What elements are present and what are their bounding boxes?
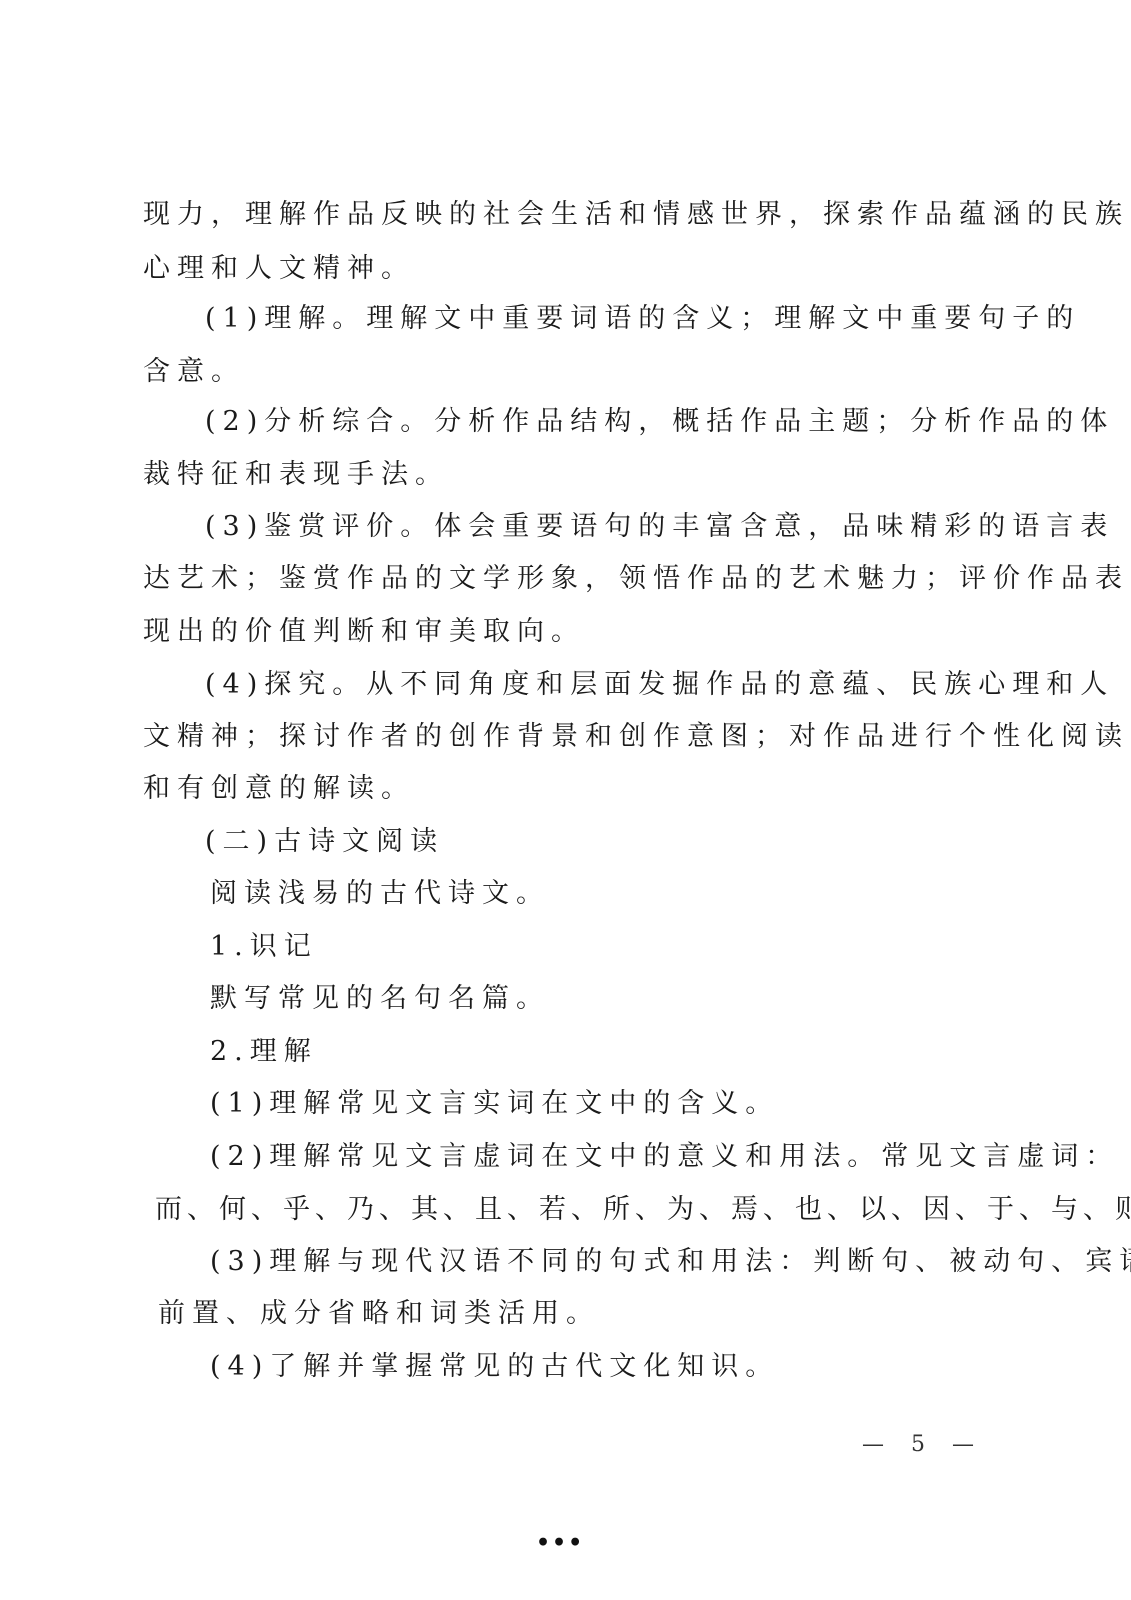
body-text-line: 现力，理解作品反映的社会生活和情感世界，探索作品蕴涵的民族 bbox=[143, 198, 1129, 232]
list-item-analysis: (2)分析综合。分析作品结构，概括作品主题；分析作品的体 bbox=[205, 405, 1114, 439]
list-item-function-words: (2)理解常见文言虚词在文中的意义和用法。常见文言虚词： bbox=[210, 1140, 1119, 1174]
body-text-line: 含意。 bbox=[143, 355, 245, 389]
body-text-line: 达艺术；鉴赏作品的文学形象，领悟作品的艺术魅力；评价作品表 bbox=[143, 562, 1129, 596]
list-item-cultural-knowledge: (4)了解并掌握常见的古代文化知识。 bbox=[210, 1350, 779, 1384]
subheading-understanding: 2.理解 bbox=[210, 1035, 318, 1069]
document-page: 现力，理解作品反映的社会生活和情感世界，探索作品蕴涵的民族 心理和人文精神。 (… bbox=[0, 0, 1131, 1600]
list-item-understanding: (1)理解。理解文中重要词语的含义；理解文中重要句子的 bbox=[205, 302, 1080, 336]
list-item-appreciation: (3)鉴赏评价。体会重要语句的丰富含意，品味精彩的语言表 bbox=[205, 510, 1114, 544]
more-icon[interactable]: ••• bbox=[536, 1530, 584, 1556]
body-text-line: 现出的价值判断和审美取向。 bbox=[143, 615, 585, 649]
body-text-line: 心理和人文精神。 bbox=[143, 252, 415, 286]
body-text-line: 而、何、乎、乃、其、且、若、所、为、焉、也、以、因、于、与、则、者、之。 bbox=[155, 1193, 1131, 1227]
list-item-sentence-patterns: (3)理解与现代汉语不同的句式和用法：判断句、被动句、宾语 bbox=[210, 1245, 1131, 1279]
body-text-line: 阅读浅易的古代诗文。 bbox=[210, 877, 550, 911]
body-text-line: 默写常见的名句名篇。 bbox=[210, 982, 550, 1016]
subheading-memorization: 1.识记 bbox=[210, 930, 318, 964]
body-text-line: 裁特征和表现手法。 bbox=[143, 458, 449, 492]
section-heading-classical-reading: (二)古诗文阅读 bbox=[205, 825, 444, 859]
body-text-line: 和有创意的解读。 bbox=[143, 772, 415, 806]
body-text-line: 前置、成分省略和词类活用。 bbox=[158, 1297, 600, 1331]
list-item-notional-words: (1)理解常见文言实词在文中的含义。 bbox=[210, 1087, 779, 1121]
body-text-line: 文精神；探讨作者的创作背景和创作意图；对作品进行个性化阅读 bbox=[143, 720, 1129, 754]
list-item-exploration: (4)探究。从不同角度和层面发掘作品的意蕴、民族心理和人 bbox=[205, 668, 1114, 702]
page-number: — 5 — bbox=[862, 1432, 984, 1457]
